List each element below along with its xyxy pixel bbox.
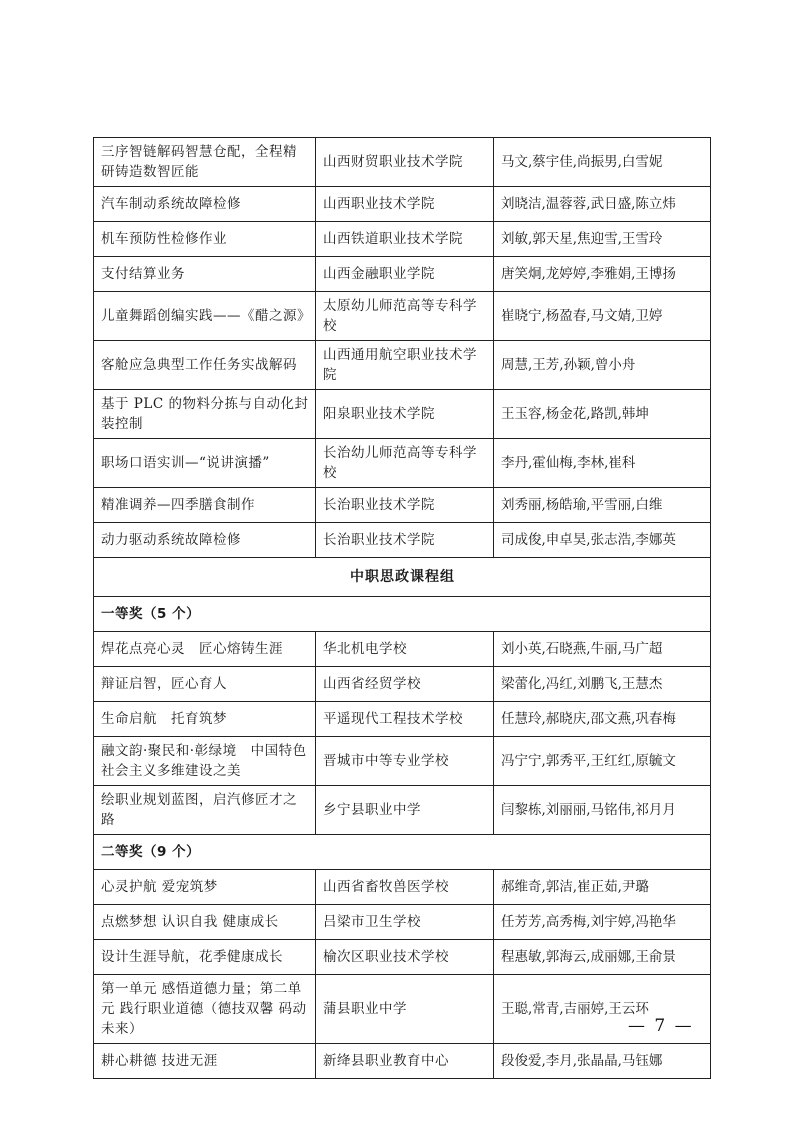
school-name: 长治职业技术学院	[316, 488, 494, 523]
course-title: 生命启航 托育筑梦	[94, 702, 316, 737]
school-name: 新绛县职业教育中心	[316, 1044, 494, 1079]
table-row: 精准调养—四季膳食制作 长治职业技术学院 刘秀丽,杨皓瑜,平雪丽,白维	[94, 488, 711, 523]
school-name: 蒲县职业中学	[316, 975, 494, 1044]
school-name: 山西省畜牧兽医学校	[316, 870, 494, 905]
team-members: 梁蕾化,冯红,刘鹏飞,王慧杰	[494, 667, 711, 702]
table-row: 基于 PLC 的物料分拣与自动化封装控制 阳泉职业技术学院 王玉容,杨金花,路凯…	[94, 390, 711, 439]
course-title: 点燃梦想 认识自我 健康成长	[94, 905, 316, 940]
award-level-row: 二等奖（9 个）	[94, 835, 711, 870]
course-title: 第一单元 感悟道德力量；第二单元 践行职业道德（德技双馨 码动未来）	[94, 975, 316, 1044]
table-row: 机车预防性检修作业 山西铁道职业技术学院 刘敏,郭天星,焦迎雪,王雪玲	[94, 222, 711, 257]
table-row: 三序智链解码智慧仓配，全程精研铸造数智匠能 山西财贸职业技术学院 马文,蔡宇佳,…	[94, 138, 711, 187]
table-row: 点燃梦想 认识自我 健康成长 吕梁市卫生学校 任芳芳,高秀梅,刘宇婷,冯艳华	[94, 905, 711, 940]
course-title: 动力驱动系统故障检修	[94, 523, 316, 558]
team-members: 刘小英,石晓燕,牛丽,马广超	[494, 632, 711, 667]
table-row: 第一单元 感悟道德力量；第二单元 践行职业道德（德技双馨 码动未来） 蒲县职业中…	[94, 975, 711, 1044]
team-members: 段俊爱,李月,张晶晶,马钰娜	[494, 1044, 711, 1079]
school-name: 乡宁县职业中学	[316, 786, 494, 835]
team-members: 司成俊,申卓昊,张志浩,李娜英	[494, 523, 711, 558]
school-name: 山西财贸职业技术学院	[316, 138, 494, 187]
school-name: 吕梁市卫生学校	[316, 905, 494, 940]
group-title-row: 中职思政课程组	[94, 558, 711, 597]
course-title: 儿童舞蹈创编实践——《醋之源》	[94, 292, 316, 341]
second-prize-label: 二等奖（9 个）	[94, 835, 711, 870]
course-title: 基于 PLC 的物料分拣与自动化封装控制	[94, 390, 316, 439]
table-row: 职场口语实训—“说讲演播” 长治幼儿师范高等专科学校 李丹,霍仙梅,李林,崔科	[94, 439, 711, 488]
team-members: 周慧,王芳,孙颖,曾小舟	[494, 341, 711, 390]
school-name: 长治幼儿师范高等专科学校	[316, 439, 494, 488]
team-members: 李丹,霍仙梅,李林,崔科	[494, 439, 711, 488]
team-members: 闫黎栋,刘丽丽,马铭伟,祁月月	[494, 786, 711, 835]
table-row: 耕心耕德 技进无涯 新绛县职业教育中心 段俊爱,李月,张晶晶,马钰娜	[94, 1044, 711, 1079]
team-members: 刘敏,郭天星,焦迎雪,王雪玲	[494, 222, 711, 257]
team-members: 郝维奇,郭洁,崔正茹,尹璐	[494, 870, 711, 905]
team-members: 唐笑炯,龙婷婷,李雅娟,王博扬	[494, 257, 711, 292]
course-title: 设计生涯导航，花季健康成长	[94, 940, 316, 975]
course-title: 职场口语实训—“说讲演播”	[94, 439, 316, 488]
page-number: — 7 —	[628, 1016, 694, 1036]
course-title: 绘职业规划蓝图，启汽修匠才之路	[94, 786, 316, 835]
team-members: 刘晓洁,温蓉蓉,武日盛,陈立炜	[494, 187, 711, 222]
school-name: 山西通用航空职业技术学院	[316, 341, 494, 390]
table-row: 动力驱动系统故障检修 长治职业技术学院 司成俊,申卓昊,张志浩,李娜英	[94, 523, 711, 558]
course-title: 心灵护航 爱宠筑梦	[94, 870, 316, 905]
school-name: 榆次区职业技术学校	[316, 940, 494, 975]
first-prize-label: 一等奖（5 个）	[94, 597, 711, 632]
table-row: 汽车制动系统故障检修 山西职业技术学院 刘晓洁,温蓉蓉,武日盛,陈立炜	[94, 187, 711, 222]
school-name: 山西职业技术学院	[316, 187, 494, 222]
course-title: 融文韵·聚民和·彰绿境 中国特色社会主义多维建设之美	[94, 737, 316, 786]
team-members: 马文,蔡宇佳,尚振男,白雪妮	[494, 138, 711, 187]
school-name: 阳泉职业技术学院	[316, 390, 494, 439]
course-title: 辩证启智，匠心育人	[94, 667, 316, 702]
team-members: 刘秀丽,杨皓瑜,平雪丽,白维	[494, 488, 711, 523]
team-members: 崔晓宁,杨盈春,马文婧,卫婷	[494, 292, 711, 341]
school-name: 华北机电学校	[316, 632, 494, 667]
table-row: 焊花点亮心灵 匠心熔铸生涯 华北机电学校 刘小英,石晓燕,牛丽,马广超	[94, 632, 711, 667]
team-members: 任芳芳,高秀梅,刘宇婷,冯艳华	[494, 905, 711, 940]
award-level-row: 一等奖（5 个）	[94, 597, 711, 632]
table-row: 融文韵·聚民和·彰绿境 中国特色社会主义多维建设之美 晋城市中等专业学校 冯宁宁…	[94, 737, 711, 786]
course-title: 焊花点亮心灵 匠心熔铸生涯	[94, 632, 316, 667]
course-title: 客舱应急典型工作任务实战解码	[94, 341, 316, 390]
table-row: 儿童舞蹈创编实践——《醋之源》 太原幼儿师范高等专科学校 崔晓宁,杨盈春,马文婧…	[94, 292, 711, 341]
course-title: 精准调养—四季膳食制作	[94, 488, 316, 523]
table-row: 客舱应急典型工作任务实战解码 山西通用航空职业技术学院 周慧,王芳,孙颖,曾小舟	[94, 341, 711, 390]
school-name: 山西铁道职业技术学院	[316, 222, 494, 257]
school-name: 太原幼儿师范高等专科学校	[316, 292, 494, 341]
table-row: 支付结算业务 山西金融职业学院 唐笑炯,龙婷婷,李雅娟,王博扬	[94, 257, 711, 292]
school-name: 晋城市中等专业学校	[316, 737, 494, 786]
awards-table: 三序智链解码智慧仓配，全程精研铸造数智匠能 山西财贸职业技术学院 马文,蔡宇佳,…	[93, 137, 711, 1079]
table-row: 心灵护航 爱宠筑梦 山西省畜牧兽医学校 郝维奇,郭洁,崔正茹,尹璐	[94, 870, 711, 905]
table-row: 生命启航 托育筑梦 平遥现代工程技术学校 任慧玲,郝晓庆,邵文燕,巩春梅	[94, 702, 711, 737]
group-title: 中职思政课程组	[94, 558, 711, 597]
course-title: 汽车制动系统故障检修	[94, 187, 316, 222]
table-row: 绘职业规划蓝图，启汽修匠才之路 乡宁县职业中学 闫黎栋,刘丽丽,马铭伟,祁月月	[94, 786, 711, 835]
school-name: 平遥现代工程技术学校	[316, 702, 494, 737]
course-title: 机车预防性检修作业	[94, 222, 316, 257]
course-title: 三序智链解码智慧仓配，全程精研铸造数智匠能	[94, 138, 316, 187]
team-members: 程惠敏,郭海云,成丽娜,王俞景	[494, 940, 711, 975]
school-name: 山西金融职业学院	[316, 257, 494, 292]
table-row: 设计生涯导航，花季健康成长 榆次区职业技术学校 程惠敏,郭海云,成丽娜,王俞景	[94, 940, 711, 975]
school-name: 长治职业技术学院	[316, 523, 494, 558]
course-title: 耕心耕德 技进无涯	[94, 1044, 316, 1079]
team-members: 冯宁宁,郭秀平,王红红,原毓文	[494, 737, 711, 786]
team-members: 任慧玲,郝晓庆,邵文燕,巩春梅	[494, 702, 711, 737]
course-title: 支付结算业务	[94, 257, 316, 292]
team-members: 王玉容,杨金花,路凯,韩坤	[494, 390, 711, 439]
table-row: 辩证启智，匠心育人 山西省经贸学校 梁蕾化,冯红,刘鹏飞,王慧杰	[94, 667, 711, 702]
school-name: 山西省经贸学校	[316, 667, 494, 702]
